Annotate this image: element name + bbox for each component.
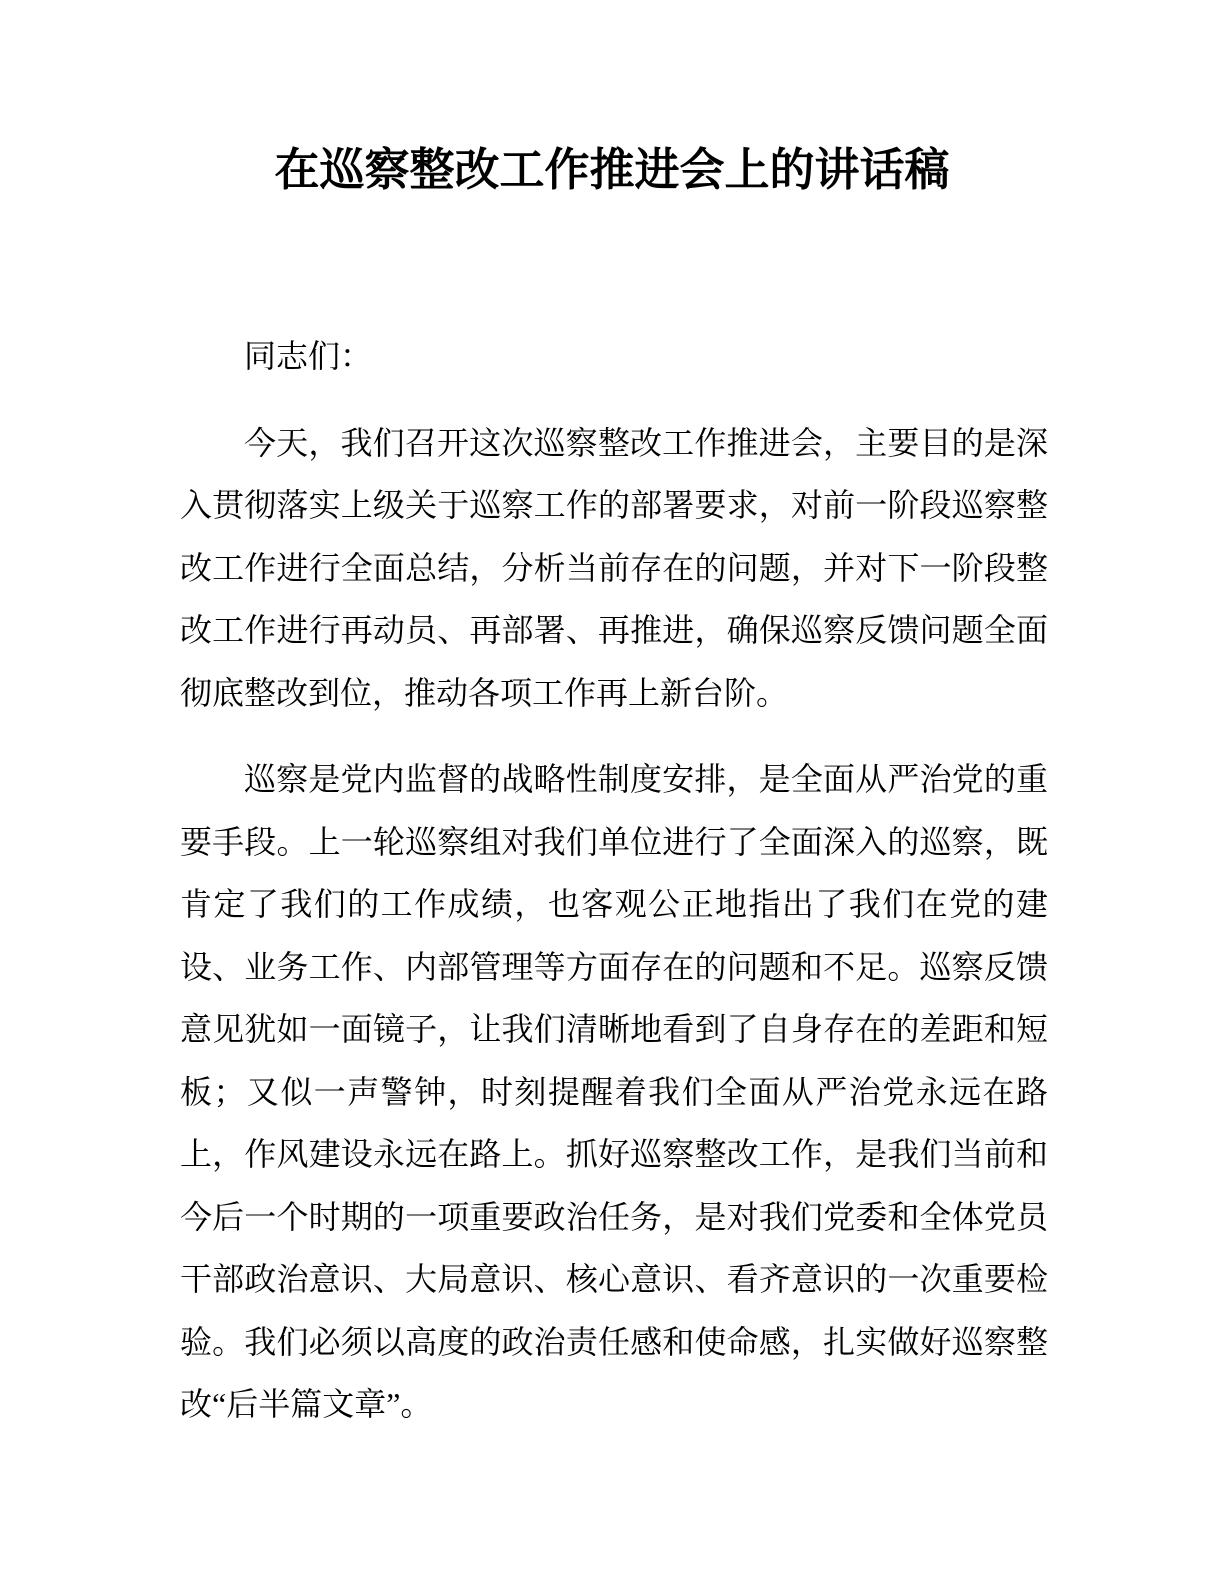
paragraph: 同志们： bbox=[180, 325, 1048, 388]
document-title: 在巡察整改工作推进会上的讲话稿 bbox=[0, 143, 1224, 197]
paragraph: 今天，我们召开这次巡察整改工作推进会，主要目的是深入贯彻落实上级关于巡察工作的部… bbox=[180, 412, 1048, 725]
document-body: 同志们：今天，我们召开这次巡察整改工作推进会，主要目的是深入贯彻落实上级关于巡察… bbox=[0, 325, 1224, 1436]
paragraph: 巡察是党内监督的战略性制度安排，是全面从严治党的重要手段。上一轮巡察组对我们单位… bbox=[180, 748, 1048, 1436]
document-page: 在巡察整改工作推进会上的讲话稿 同志们：今天，我们召开这次巡察整改工作推进会，主… bbox=[0, 0, 1224, 1584]
